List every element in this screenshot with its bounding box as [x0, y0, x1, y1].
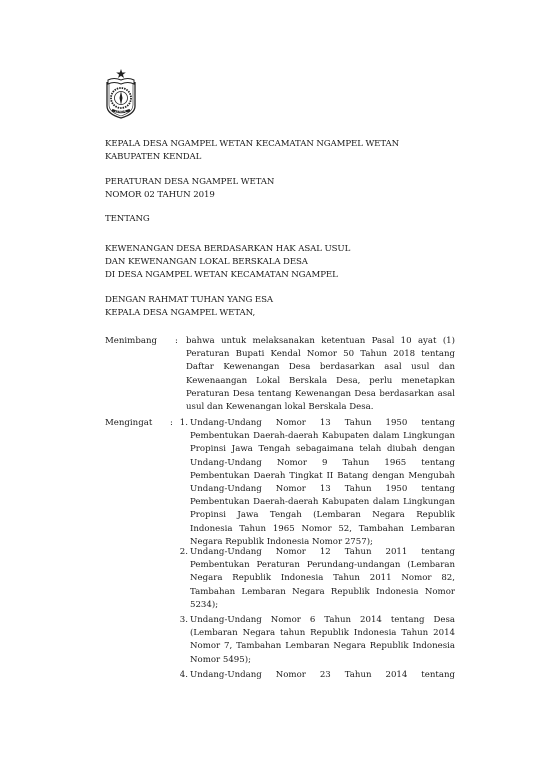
- regulation-about: TENTANG: [105, 213, 150, 226]
- menimbang-text: bahwa untuk melaksanakan ketentuan Pasal…: [186, 335, 455, 414]
- document-page: KENDAL KEPALA DESA NGAMPEL WETAN KECAMAT…: [0, 0, 550, 777]
- mengingat-item-1-number: 1.: [174, 418, 188, 428]
- regulation-title: PERATURAN DESA NGAMPEL WETAN: [105, 176, 274, 189]
- regulation-number: NOMOR 02 TAHUN 2019: [105, 189, 215, 202]
- mengingat-colon: :: [170, 418, 173, 428]
- issuer-line-2: KABUPATEN KENDAL: [105, 151, 201, 164]
- issuer-line-1: KEPALA DESA NGAMPEL WETAN KECAMATAN NGAM…: [105, 138, 399, 151]
- mengingat-item-1-text: Undang-Undang Nomor 13 Tahun 1950 tentan…: [190, 417, 455, 549]
- mengingat-item-2-text: Undang-Undang Nomor 12 Tahun 2011 tentan…: [190, 546, 455, 612]
- svg-text:KENDAL: KENDAL: [115, 110, 127, 114]
- preamble-line-1: DENGAN RAHMAT TUHAN YANG ESA: [105, 294, 273, 307]
- subject-line-3: DI DESA NGAMPEL WETAN KECAMATAN NGAMPEL: [105, 269, 338, 282]
- mengingat-item-3-number: 3.: [174, 615, 188, 625]
- menimbang-label: Menimbang: [105, 336, 157, 346]
- mengingat-item-4-number: 4.: [174, 670, 188, 680]
- subject-line-1: KEWENANGAN DESA BERDASARKAN HAK ASAL USU…: [105, 243, 350, 256]
- mengingat-item-2-number: 2.: [174, 547, 188, 557]
- kendal-emblem-icon: KENDAL: [104, 68, 138, 120]
- mengingat-item-3-text: Undang-Undang Nomor 6 Tahun 2014 tentang…: [190, 614, 455, 667]
- mengingat-label: Mengingat: [105, 418, 152, 428]
- menimbang-colon: :: [175, 336, 178, 346]
- preamble-line-2: KEPALA DESA NGAMPEL WETAN,: [105, 307, 255, 320]
- subject-line-2: DAN KEWENANGAN LOKAL BERSKALA DESA: [105, 256, 308, 269]
- mengingat-item-4-text: Undang-Undang Nomor 23 Tahun 2014 tentan…: [190, 669, 455, 682]
